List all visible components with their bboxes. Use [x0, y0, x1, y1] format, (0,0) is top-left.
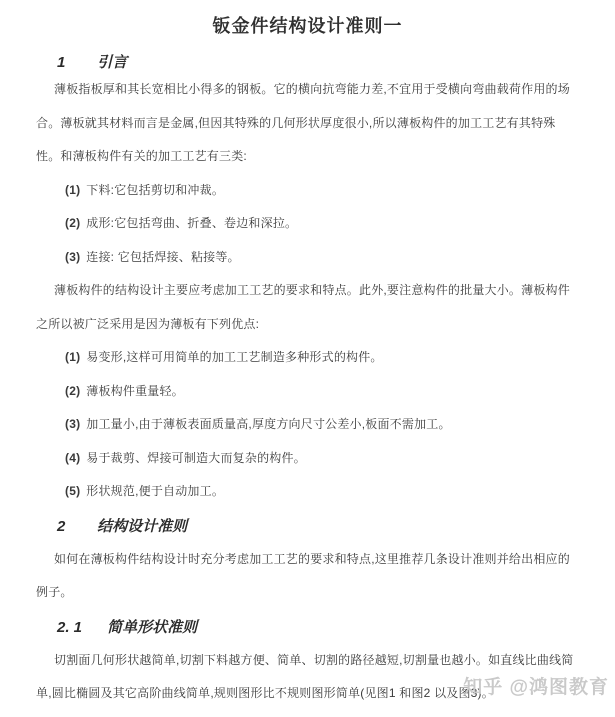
- section-2-1-title: 简单形状准则: [107, 619, 197, 636]
- section-2-paragraph: 如何在薄板构件结构设计时充分考虑加工工艺的要求和特点,这里推荐几条设计准则并给出…: [0, 543, 615, 610]
- list-item-text: 易变形,这样可用简单的加工工艺制造多种形式的构件。: [86, 350, 382, 364]
- process-list-item-1: (1)下料:它包括剪切和冲裁。: [0, 174, 615, 208]
- list-item-text: 连接: 它包括焊接、粘接等。: [86, 250, 239, 264]
- section-2-1-number: 2. 1: [57, 617, 103, 638]
- list-item-text: 形状规范,便于自动加工。: [86, 484, 224, 498]
- intro-paragraph: 薄板指板厚和其长宽相比小得多的钢板。它的横向抗弯能力差,不宜用于受横向弯曲载荷作…: [0, 73, 615, 174]
- list-item-text: 成形:它包括弯曲、折叠、卷边和深拉。: [86, 216, 297, 230]
- process-list-item-2: (2)成形:它包括弯曲、折叠、卷边和深拉。: [0, 207, 615, 241]
- section-2-number: 2: [57, 516, 93, 537]
- list-item-text: 加工量小,由于薄板表面质量高,厚度方向尺寸公差小,板面不需加工。: [86, 417, 450, 431]
- list-item-text: 易于裁剪、焊接可制造大而复杂的构件。: [86, 451, 306, 465]
- advantage-list-item-5: (5)形状规范,便于自动加工。: [0, 475, 615, 509]
- process-list-item-3: (3)连接: 它包括焊接、粘接等。: [0, 241, 615, 275]
- list-item-text: 下料:它包括剪切和冲裁。: [86, 183, 224, 197]
- list-item-number: (2): [65, 216, 80, 230]
- list-item-number: (4): [65, 451, 80, 465]
- document-title: 钣金件结构设计准则一: [0, 13, 615, 39]
- document-page: 钣金件结构设计准则一 1 引言 薄板指板厚和其长宽相比小得多的钢板。它的横向抗弯…: [0, 0, 615, 717]
- list-item-number: (3): [65, 417, 80, 431]
- list-item-number: (3): [65, 250, 80, 264]
- list-item-text: 薄板构件重量轻。: [86, 384, 184, 398]
- section-1-heading: 1 引言: [57, 52, 615, 73]
- list-item-number: (1): [65, 350, 80, 364]
- list-item-number: (1): [65, 183, 80, 197]
- section-1-title: 引言: [97, 54, 127, 71]
- list-item-number: (5): [65, 484, 80, 498]
- advantage-list-item-1: (1)易变形,这样可用简单的加工工艺制造多种形式的构件。: [0, 341, 615, 375]
- section-2-heading: 2 结构设计准则: [57, 516, 615, 537]
- advantage-list-item-4: (4)易于裁剪、焊接可制造大而复杂的构件。: [0, 442, 615, 476]
- advantage-list-item-2: (2)薄板构件重量轻。: [0, 375, 615, 409]
- section-2-title: 结构设计准则: [97, 518, 187, 535]
- section-1-number: 1: [57, 52, 93, 73]
- design-consideration-paragraph: 薄板构件的结构设计主要应考虑加工工艺的要求和特点。此外,要注意构件的批量大小。薄…: [0, 274, 615, 341]
- advantage-list-item-3: (3)加工量小,由于薄板表面质量高,厚度方向尺寸公差小,板面不需加工。: [0, 408, 615, 442]
- section-2-1-paragraph: 切割面几何形状越简单,切割下料越方便、简单、切割的路径越短,切割量也越小。如直线…: [0, 644, 615, 711]
- section-2-1-heading: 2. 1 简单形状准则: [57, 617, 615, 638]
- list-item-number: (2): [65, 384, 80, 398]
